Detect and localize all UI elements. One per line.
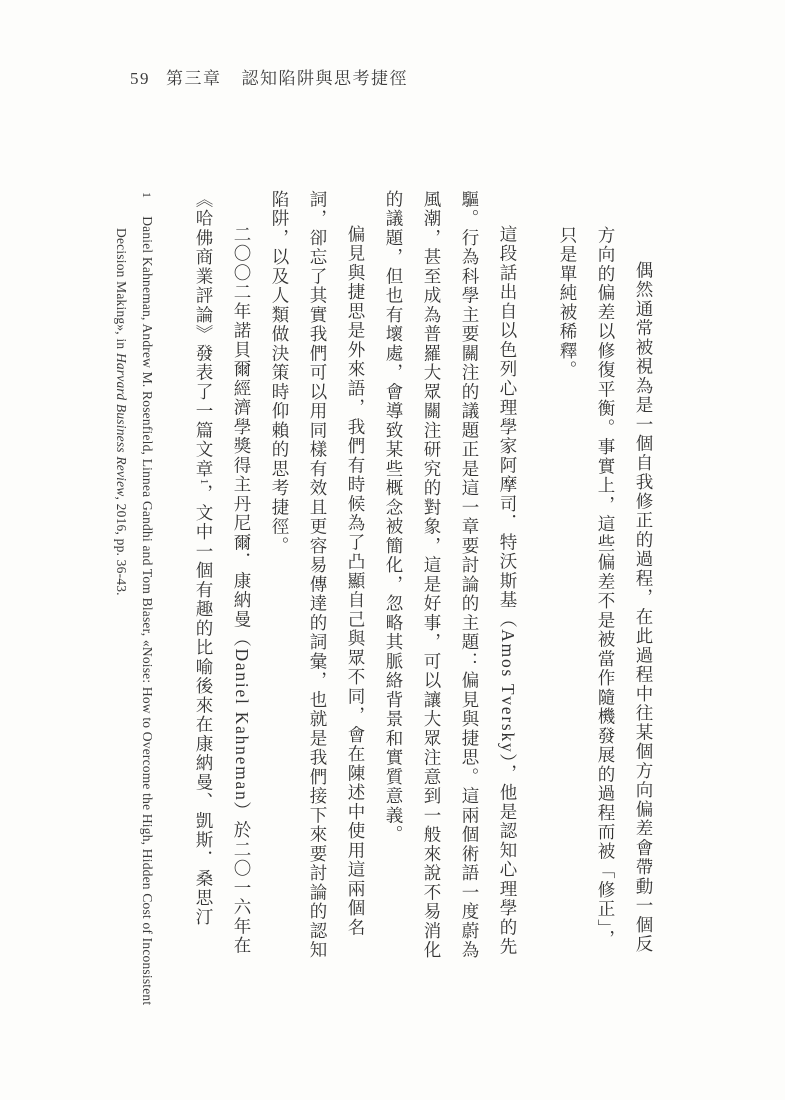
footnote-text: Daniel Kahneman, Andrew M. Rosenfield, L…	[114, 216, 155, 1005]
footnote-block: 1Daniel Kahneman, Andrew M. Rosenfield, …	[108, 192, 160, 1012]
paragraph-loanwords: 偏見與捷思是外來語，我們有時候為了凸顯自己與眾不同，會在陳述中使用這兩個名詞，卻…	[261, 190, 375, 965]
footnote-journal-title: Harvard Business Review	[114, 353, 129, 497]
paragraph-tversky: 這段話出自以色列心理學家阿摩司．特沃斯基（Amos Tversky），他是認知心…	[375, 190, 527, 965]
page-number: 59	[130, 69, 150, 88]
footnote: 1Daniel Kahneman, Andrew M. Rosenfield, …	[108, 192, 160, 1012]
footnote-text-end: , 2016, pp. 36-43.	[114, 497, 129, 596]
page-header: 59第三章認知陷阱與思考捷徑	[130, 64, 408, 89]
chapter-title: 認知陷阱與思考捷徑	[242, 69, 409, 88]
paragraph-text-post: ，文中一個有趣的比喻後來在康納曼、凱斯．桑思汀	[194, 484, 214, 927]
paragraph-kahneman: 二〇〇二年諾貝爾經濟學獎得主丹尼爾．康納曼（Daniel Kahneman）於二…	[185, 190, 261, 965]
footnote-marker: 1	[140, 192, 154, 198]
quote-paragraph: 偶然通常被視為是一個自我修正的過程，在此過程中往某個方向偏差會帶動一個反方向的偏…	[549, 190, 663, 965]
book-page: 59第三章認知陷阱與思考捷徑 偶然通常被視為是一個自我修正的過程，在此過程中往某…	[0, 0, 785, 1100]
chapter-label: 第三章	[166, 69, 222, 88]
main-text-block: 偶然通常被視為是一個自我修正的過程，在此過程中往某個方向偏差會帶動一個反方向的偏…	[185, 190, 663, 965]
